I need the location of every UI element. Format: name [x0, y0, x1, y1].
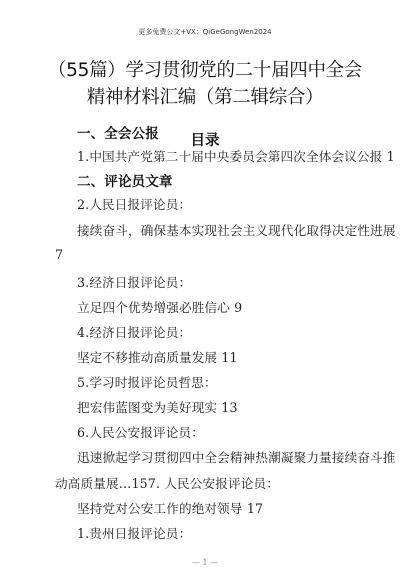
document-title-line-1: （55篇）学习贯彻党的二十届四中全会	[0, 56, 410, 82]
toc-entry: 1.中国共产党第二十届中央委员会第四次全体会议公报 1	[77, 146, 395, 165]
header-note: 更多免费公文+VX：QiGeGongWen2024	[0, 27, 410, 37]
toc-entry: 坚定不移推动高质量发展 11	[77, 347, 238, 366]
document-title-line-2: 精神材料汇编（第二辑综合）	[0, 83, 410, 109]
toc-entry: 2.人民日报评论员：	[77, 194, 191, 213]
toc-entry: 4.经济日报评论员：	[77, 322, 191, 341]
toc-entry: 1.贵州日报评论员：	[77, 523, 191, 542]
toc-entry: 动高质量展…157. 人民公安报评论员：	[55, 473, 279, 492]
page-number: — 1 —	[0, 558, 410, 567]
toc-entry: 7	[55, 247, 63, 262]
toc-entry: 6.人民公安报评论员：	[77, 422, 204, 441]
toc-entry: 把宏伟蓝图变为美好现实 13	[77, 397, 238, 416]
toc-entry: 立足四个优势增强必胜信心 9	[77, 297, 242, 316]
toc-entry: 接续奋斗，确保基本实现社会主义现代化取得决定性进展	[77, 220, 396, 239]
toc-entry: 3.经济日报评论员：	[77, 272, 191, 291]
toc-entry: 迅速掀起学习贯彻四中全会精神热潮凝聚力量接续奋斗推	[77, 447, 396, 466]
toc-section-heading: 二、评论员文章	[77, 170, 173, 190]
toc-section-heading: 一、全会公报	[77, 122, 159, 142]
toc-entry: 5.学习时报评论员哲思：	[77, 372, 217, 391]
toc-entry: 坚持党对公安工作的绝对领导 17	[77, 498, 263, 517]
